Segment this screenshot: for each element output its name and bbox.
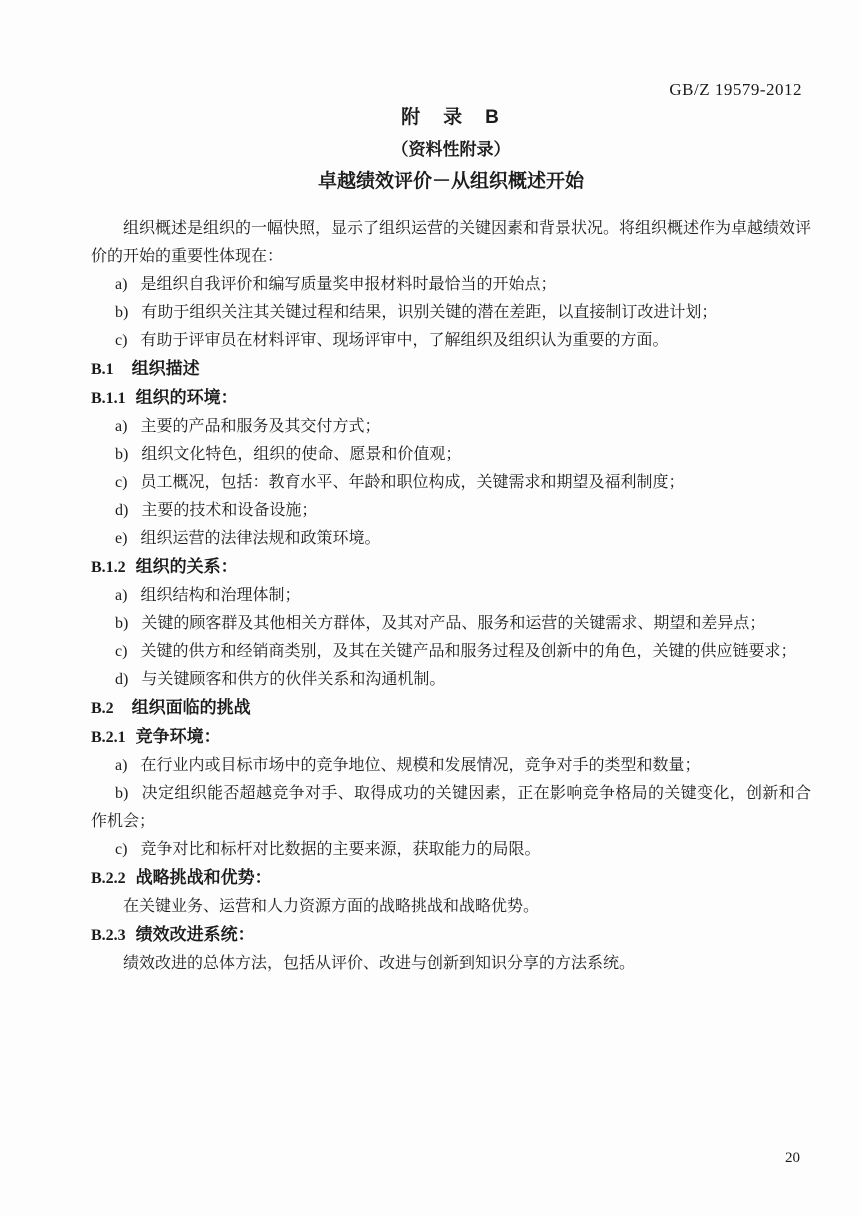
list-item-letter: a) xyxy=(115,587,127,604)
list-item-text: 竞争对比和标杆对比数据的主要来源，获取能力的局限。 xyxy=(140,841,540,858)
heading-title: 战略挑战和优势： xyxy=(136,868,272,887)
heading-title: 组织描述 xyxy=(132,359,200,378)
intro-list: a)是组织自我评价和编写质量奖申报材料时最恰当的开始点；b)有助于组织关注其关键… xyxy=(91,271,811,355)
list-item: b)组织文化特色，组织的使命、愿景和价值观； xyxy=(91,441,811,469)
list-item-letter: c) xyxy=(115,474,127,491)
section-paragraph-b23: 绩效改进的总体方法，包括从评价、改进与创新到知识分享的方法系统。 xyxy=(91,950,811,978)
heading-title: 竞争环境： xyxy=(136,727,221,746)
list-item: d)与关键顾客和供方的伙伴关系和沟通机制。 xyxy=(91,666,811,694)
section-paragraph-b22: 在关键业务、运营和人力资源方面的战略挑战和战略优势。 xyxy=(91,893,811,921)
list-item-letter: e) xyxy=(115,530,127,547)
list-item-letter: d) xyxy=(115,502,128,519)
appendix-note: （资料性附录） xyxy=(91,134,811,166)
list-item-letter: b) xyxy=(115,446,128,463)
heading-number: B.2.3 xyxy=(91,927,126,944)
list-item-text: 有助于组织关注其关键过程和结果，识别关键的潜在差距，以直接制订改进计划； xyxy=(141,304,717,321)
doc-code: GB/Z 19579-2012 xyxy=(669,80,802,100)
list-item: d)主要的技术和设备设施； xyxy=(91,497,811,525)
section-heading-b11: B.1.1组织的环境： xyxy=(91,384,811,413)
heading-number: B.1 xyxy=(91,361,114,378)
list-item: a)在行业内或目标市场中的竞争地位、规模和发展情况，竞争对手的类型和数量； xyxy=(91,752,811,780)
heading-number: B.2 xyxy=(91,700,114,717)
list-item-text: 与关键顾客和供方的伙伴关系和沟通机制。 xyxy=(141,671,445,688)
list-item-letter: b) xyxy=(115,615,128,632)
intro-paragraph: 组织概述是组织的一幅快照，显示了组织运营的关键因素和背景状况。将组织概述作为卓越… xyxy=(91,215,811,271)
appendix-subject-title: 卓越绩效评价－从组织概述开始 xyxy=(91,166,811,198)
appendix-title-block: 附 录 B （资料性附录） 卓越绩效评价－从组织概述开始 xyxy=(91,102,811,198)
heading-title: 组织面临的挑战 xyxy=(132,698,251,717)
list-item: a)组织结构和治理体制； xyxy=(91,582,811,610)
list-item-text: 主要的技术和设备设施； xyxy=(141,502,317,519)
section-heading-b22: B.2.2战略挑战和优势： xyxy=(91,864,811,893)
list-item-text: 组织结构和治理体制； xyxy=(140,587,300,604)
list-item-letter: d) xyxy=(115,671,128,688)
heading-number: B.2.1 xyxy=(91,729,126,746)
heading-number: B.2.2 xyxy=(91,870,126,887)
section-heading-b23: B.2.3绩效改进系统： xyxy=(91,921,811,950)
list-item: b)关键的顾客群及其他相关方群体，及其对产品、服务和运营的关键需求、期望和差异点… xyxy=(91,610,811,638)
section-heading-b2: B.2组织面临的挑战 xyxy=(91,694,811,723)
list-item: c)关键的供方和经销商类别，及其在关键产品和服务过程及创新中的角色，关键的供应链… xyxy=(91,638,811,666)
heading-number: B.1.1 xyxy=(91,390,126,407)
list-item: b)决定组织能否超越竞争对手、取得成功的关键因素，正在影响竞争格局的关键变化，创… xyxy=(91,780,811,836)
section-list-b11: a)主要的产品和服务及其交付方式；b)组织文化特色，组织的使命、愿景和价值观；c… xyxy=(91,413,811,553)
list-item-text: 组织运营的法律法规和政策环境。 xyxy=(140,530,380,547)
list-item: c)竞争对比和标杆对比数据的主要来源，获取能力的局限。 xyxy=(91,836,811,864)
list-item-text: 有助于评审员在材料评审、现场评审中，了解组织及组织认为重要的方面。 xyxy=(140,332,668,349)
document-page: GB/Z 19579-2012 附 录 B （资料性附录） 卓越绩效评价－从组织… xyxy=(0,0,860,1216)
list-item-letter: b) xyxy=(115,304,128,321)
list-item-text: 决定组织能否超越竞争对手、取得成功的关键因素，正在影响竞争格局的关键变化，创新和… xyxy=(91,785,811,830)
list-item-text: 在行业内或目标市场中的竞争地位、规模和发展情况，竞争对手的类型和数量； xyxy=(140,757,700,774)
list-item-text: 主要的产品和服务及其交付方式； xyxy=(140,418,380,435)
list-item-letter: c) xyxy=(115,332,127,349)
section-heading-b12: B.1.2组织的关系： xyxy=(91,553,811,582)
list-item: c)员工概况，包括：教育水平、年龄和职位构成，关键需求和期望及福利制度； xyxy=(91,469,811,497)
list-item-text: 组织文化特色，组织的使命、愿景和价值观； xyxy=(141,446,461,463)
heading-title: 组织的环境： xyxy=(136,388,238,407)
list-item-letter: a) xyxy=(115,276,127,293)
list-item: c)有助于评审员在材料评审、现场评审中，了解组织及组织认为重要的方面。 xyxy=(91,327,811,355)
heading-title: 绩效改进系统： xyxy=(136,925,255,944)
section-list-b12: a)组织结构和治理体制；b)关键的顾客群及其他相关方群体，及其对产品、服务和运营… xyxy=(91,582,811,694)
list-item: a)是组织自我评价和编写质量奖申报材料时最恰当的开始点； xyxy=(91,271,811,299)
appendix-label: 附 录 B xyxy=(91,102,811,134)
list-item-letter: c) xyxy=(115,841,127,858)
section-heading-b1: B.1组织描述 xyxy=(91,355,811,384)
list-item: a)主要的产品和服务及其交付方式； xyxy=(91,413,811,441)
list-item-letter: c) xyxy=(115,643,127,660)
heading-number: B.1.2 xyxy=(91,559,126,576)
page-number: 20 xyxy=(785,1148,800,1168)
heading-title: 组织的关系： xyxy=(136,557,238,576)
section-list-b21: a)在行业内或目标市场中的竞争地位、规模和发展情况，竞争对手的类型和数量；b)决… xyxy=(91,752,811,864)
document-body: 组织概述是组织的一幅快照，显示了组织运营的关键因素和背景状况。将组织概述作为卓越… xyxy=(91,215,811,978)
list-item-text: 关键的顾客群及其他相关方群体，及其对产品、服务和运营的关键需求、期望和差异点； xyxy=(141,615,765,632)
list-item-letter: a) xyxy=(115,418,127,435)
section-heading-b21: B.2.1竞争环境： xyxy=(91,723,811,752)
list-item-text: 员工概况，包括：教育水平、年龄和职位构成，关键需求和期望及福利制度； xyxy=(140,474,684,491)
list-item-text: 是组织自我评价和编写质量奖申报材料时最恰当的开始点； xyxy=(140,276,556,293)
list-item-letter: a) xyxy=(115,757,127,774)
list-item-letter: b) xyxy=(115,785,128,802)
list-item: e)组织运营的法律法规和政策环境。 xyxy=(91,525,811,553)
list-item-text: 关键的供方和经销商类别，及其在关键产品和服务过程及创新中的角色，关键的供应链要求… xyxy=(140,643,796,660)
list-item: b)有助于组织关注其关键过程和结果，识别关键的潜在差距，以直接制订改进计划； xyxy=(91,299,811,327)
